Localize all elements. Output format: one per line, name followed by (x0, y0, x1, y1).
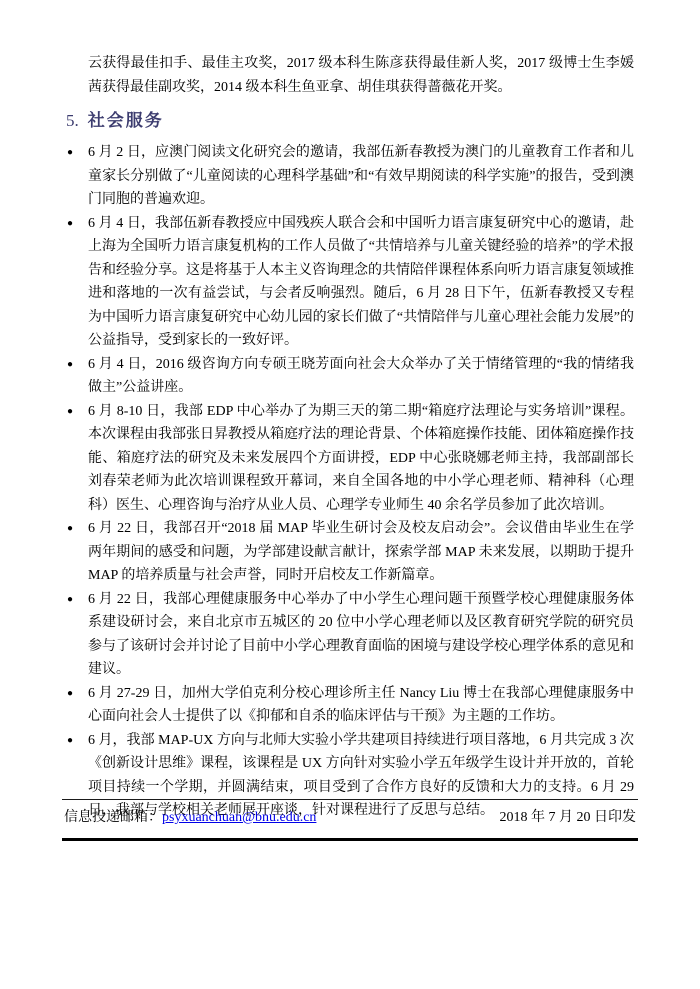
list-item-text: 6 月 27-29 日，加州大学伯克利分校心理诊所主任 Nancy Liu 博士… (88, 686, 634, 725)
list-item-text: 6 月 4 日，我部伍新春教授应中国残疾人联合会和中国听力语言康复研究中心的邀请… (88, 216, 634, 349)
bullet-icon: ● (67, 517, 73, 541)
list-item: ● 6 月 8-10 日，我部 EDP 中心举办了为期三天的第二期“箱庭疗法理论… (66, 400, 634, 518)
list-item-text: 6 月 4 日，2016 级咨询方向专硕王晓芳面向社会大众举办了关于情绪管理的“… (88, 357, 634, 396)
list-item-text: 6 月 22 日，我部召开“2018 届 MAP 毕业生研讨会及校友启动会”。会… (88, 521, 634, 583)
footer-row: 信息投递邮箱：psyxuanchuan@bnu.edu.cn 2018 年 7 … (62, 800, 638, 838)
bullet-icon: ● (67, 682, 73, 706)
footer-email-link[interactable]: psyxuanchuan@bnu.edu.cn (162, 810, 316, 825)
bullet-icon: ● (67, 353, 73, 377)
section-heading: 5.社会服务 (66, 108, 634, 134)
list-item: ● 6 月 4 日，2016 级咨询方向专硕王晓芳面向社会大众举办了关于情绪管理… (66, 353, 634, 400)
list-item: ● 6 月 27-29 日，加州大学伯克利分校心理诊所主任 Nancy Liu … (66, 682, 634, 729)
list-item-text: 6 月 22 日，我部心理健康服务中心举办了中小学生心理问题干预暨学校心理健康服… (88, 592, 634, 678)
bullet-icon: ● (67, 141, 73, 165)
bullet-list: ● 6 月 2 日，应澳门阅读文化研究会的邀请，我部伍新春教授为澳门的儿童教育工… (66, 141, 634, 823)
bullet-icon: ● (67, 212, 73, 236)
bullet-icon: ● (67, 729, 73, 753)
section-title: 社会服务 (88, 111, 164, 130)
list-item: ● 6 月 4 日，我部伍新春教授应中国残疾人联合会和中国听力语言康复研究中心的… (66, 212, 634, 353)
section-number: 5. (66, 111, 79, 130)
footer-email-label: 信息投递邮箱： (64, 810, 162, 825)
document-page: 云获得最佳扣手、最佳主攻奖，2017 级本科生陈彦获得最佳新人奖，2017 级博… (0, 0, 700, 989)
bullet-icon: ● (67, 588, 73, 612)
footer-left: 信息投递邮箱：psyxuanchuan@bnu.edu.cn (64, 806, 316, 830)
continuation-paragraph: 云获得最佳扣手、最佳主攻奖，2017 级本科生陈彦获得最佳新人奖，2017 级博… (88, 52, 634, 99)
page-footer: 信息投递邮箱：psyxuanchuan@bnu.edu.cn 2018 年 7 … (62, 799, 638, 841)
bullet-icon: ● (67, 400, 73, 424)
list-item-text: 6 月 2 日，应澳门阅读文化研究会的邀请，我部伍新春教授为澳门的儿童教育工作者… (88, 145, 634, 207)
list-item: ● 6 月 22 日，我部召开“2018 届 MAP 毕业生研讨会及校友启动会”… (66, 517, 634, 588)
list-item: ● 6 月 2 日，应澳门阅读文化研究会的邀请，我部伍新春教授为澳门的儿童教育工… (66, 141, 634, 212)
list-item: ● 6 月 22 日，我部心理健康服务中心举办了中小学生心理问题干预暨学校心理健… (66, 588, 634, 682)
page-content: 云获得最佳扣手、最佳主攻奖，2017 级本科生陈彦获得最佳新人奖，2017 级博… (66, 52, 634, 823)
list-item-text: 6 月 8-10 日，我部 EDP 中心举办了为期三天的第二期“箱庭疗法理论与实… (88, 404, 634, 513)
footer-date: 2018 年 7 月 20 日印发 (500, 806, 637, 830)
